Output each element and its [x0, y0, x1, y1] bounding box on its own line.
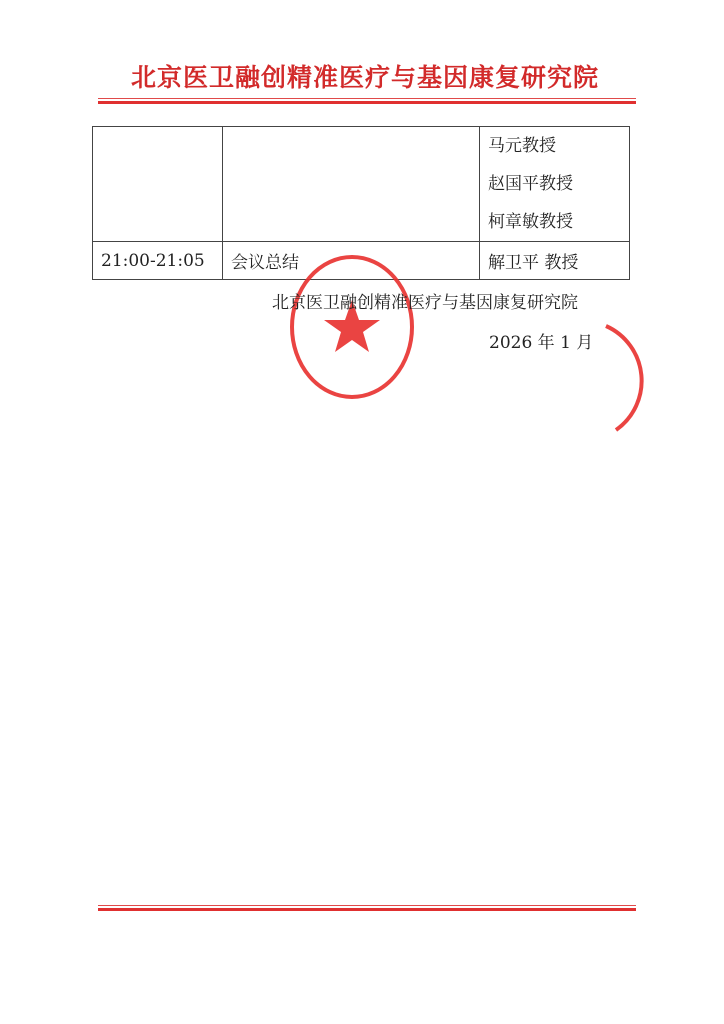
header-divider — [98, 98, 636, 104]
official-seal-icon — [286, 252, 416, 402]
topic-cell — [223, 127, 480, 242]
table-row: 马元教授 赵国平教授 柯章敏教授 — [93, 127, 630, 242]
speaker-name: 马元教授 — [488, 127, 621, 165]
letterhead-title: 北京医卫融创精准医疗与基因康复研究院 — [100, 58, 630, 94]
speaker-cell: 马元教授 赵国平教授 柯章敏教授 — [480, 127, 630, 242]
signature-date: 2026 年 1 月 — [489, 328, 593, 353]
signature-org: 北京医卫融创精准医疗与基因康复研究院 — [272, 288, 578, 313]
partial-seal-icon — [596, 318, 646, 438]
speaker-name: 赵国平教授 — [488, 165, 621, 203]
speaker-cell: 解卫平 教授 — [480, 242, 630, 280]
speaker-name: 柯章敏教授 — [488, 203, 621, 241]
time-cell — [93, 127, 223, 242]
footer-divider — [98, 905, 636, 911]
time-cell: 21:00-21:05 — [93, 242, 223, 280]
